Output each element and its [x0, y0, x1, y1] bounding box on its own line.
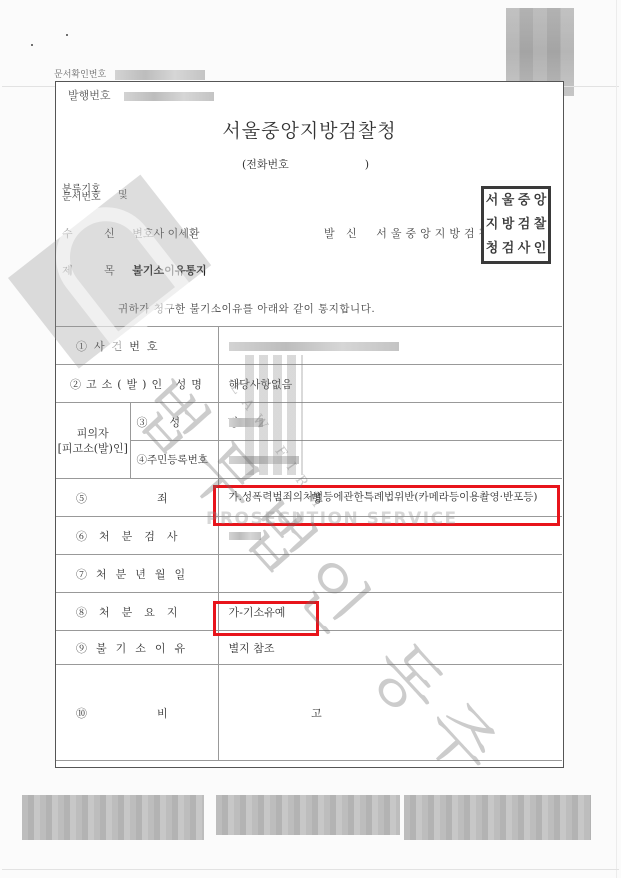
suspect-name-value [218, 403, 562, 441]
subject-value: 불기소이유통지 [132, 264, 206, 277]
redacted-footer-block [216, 795, 400, 835]
charge-value: 가.성폭력범죄의처벌등에관한특례법위반(카메라등이용촬영·반포등) [218, 479, 562, 517]
complainant-label: ②고소(발)인 성명 [56, 365, 218, 403]
seal-char: 검 [500, 237, 516, 261]
seal-char: 찰 [532, 213, 548, 237]
case-number-label: ①사건번호 [56, 327, 218, 365]
sender-label: 발 신 [324, 227, 361, 240]
table-row: ⑤죄 명 가.성폭력범죄의처벌등에관한특례법위반(카메라등이용촬영·반포등) [56, 479, 562, 517]
document-number-label: 문서번호 [62, 194, 101, 202]
scan-speck [66, 34, 68, 36]
table-row: ④주민등록번호 [56, 441, 562, 479]
suspect-label: 피의자 [56, 426, 130, 441]
table-row: ⑦처분년월일 [56, 555, 562, 593]
table-row: ⑥처분검사 [56, 517, 562, 555]
disposition-summary-label: ⑧처분요지 [56, 593, 218, 631]
seal-char: 앙 [532, 189, 548, 213]
classification-and: 및 [118, 186, 128, 201]
disposition-date-value [218, 555, 562, 593]
subject-label: 제 목 [62, 264, 129, 277]
phone-label: (전화번호 [242, 158, 289, 171]
office-title: 서울중앙지방검찰청 [56, 116, 563, 143]
complainant-value: 해당사항없음 [218, 365, 562, 403]
seal-char: 방 [500, 213, 516, 237]
notice-form: 발행번호 서울중앙지방검찰청 (전화번호) 분류기호 문서번호 및 수 신 변호… [55, 81, 564, 768]
table-row: ⑩비 고 [56, 665, 562, 761]
suspect-name-label: ③성 명 [130, 403, 218, 441]
redacted-footer-block [404, 795, 591, 840]
seal-char: 울 [500, 189, 516, 213]
recipient-row: 수 신 변호사 이세환 [62, 225, 200, 241]
seal-char: 인 [532, 237, 548, 261]
scan-edge-line [616, 0, 617, 878]
table-row: ①사건번호 [56, 327, 562, 365]
official-seal: 서울중앙지방검찰청검사인 [481, 186, 551, 264]
redacted-footer-block [22, 795, 204, 840]
non-indictment-reason-label: ⑨불기소이유 [56, 631, 218, 665]
recipient-label: 수 신 [62, 227, 129, 240]
doc-confirm-number: 문서확인번호 [54, 67, 205, 80]
redacted-value [229, 532, 261, 540]
seal-char: 서 [484, 189, 500, 213]
case-number-value [218, 327, 562, 365]
redacted-value [229, 456, 299, 464]
prosecutor-label: ⑥처분검사 [56, 517, 218, 555]
redacted-value [229, 418, 263, 427]
seal-char: 중 [516, 189, 532, 213]
table-row: ②고소(발)인 성명 해당사항없음 [56, 365, 562, 403]
disposition-summary-value: 가-기소유예 [218, 593, 562, 631]
redacted-value [229, 342, 399, 351]
scan-edge-line [2, 869, 619, 870]
seal-char: 검 [516, 213, 532, 237]
table-row: ⑨불기소이유 별지 참조 [56, 631, 562, 665]
seal-char: 지 [484, 213, 500, 237]
resident-number-label: ④주민등록번호 [130, 441, 218, 479]
seal-char: 사 [516, 237, 532, 261]
details-table: ①사건번호 ②고소(발)인 성명 해당사항없음 피의자 [피고소(발)인] ③성… [56, 326, 562, 761]
subject-row: 제 목 불기소이유통지 [62, 262, 207, 278]
seal-char: 청 [484, 237, 500, 261]
resident-number-value [218, 441, 562, 479]
recipient-value: 변호사 이세환 [132, 227, 199, 240]
table-row: 피의자 [피고소(발)인] ③성 명 [56, 403, 562, 441]
redacted-value [115, 70, 205, 80]
remarks-label: ⑩비 고 [56, 665, 218, 761]
scan-speck [31, 44, 33, 46]
suspect-group-label: 피의자 [피고소(발)인] [56, 403, 130, 479]
classification-label: 분류기호 문서번호 [62, 186, 101, 202]
redacted-value [124, 92, 214, 101]
doc-confirm-label: 문서확인번호 [54, 70, 106, 80]
charge-label: ⑤죄 명 [56, 479, 218, 517]
phone-line: (전화번호) [242, 156, 369, 172]
disposition-date-label: ⑦처분년월일 [56, 555, 218, 593]
phone-close: ) [365, 158, 369, 171]
intro-text: 귀하가 청구한 불기소이유를 아래와 같이 통지합니다. [118, 301, 375, 316]
prosecutor-value [218, 517, 562, 555]
issue-number-label: 발행번호 [68, 89, 111, 102]
table-row: ⑧처분요지 가-기소유예 [56, 593, 562, 631]
non-indictment-reason-value: 별지 참조 [218, 631, 562, 665]
accused-label: [피고소(발)인] [56, 441, 130, 456]
issue-number: 발행번호 [68, 87, 214, 103]
